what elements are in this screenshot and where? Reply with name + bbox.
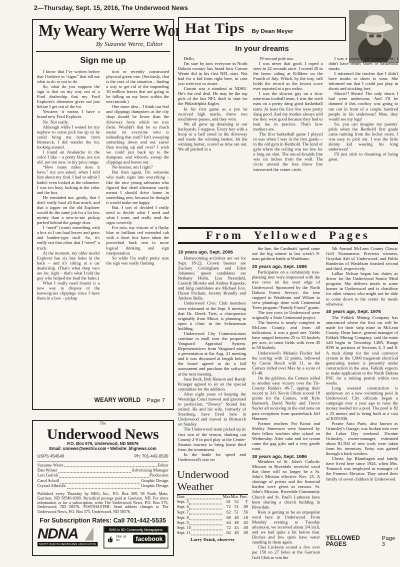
newspaper-page: 2—Thursday, Sept. 15, 2016, The Underwoo… xyxy=(0,0,400,567)
body-paragraph: The tree rows in Underwood were original… xyxy=(252,311,320,321)
jump-line: WEARY WORLD Page 7 xyxy=(94,398,165,404)
dot-leader xyxy=(66,484,140,488)
body-paragraph: After eight years of keeping the Westrid… xyxy=(178,392,246,427)
newspaper-name: Underwood News xyxy=(37,426,168,441)
usps-phone-row: USPS 454540 Ph: 701-442-0530 xyxy=(37,454,168,458)
body-paragraph: He reminded me, gently, that I don't rea… xyxy=(37,196,100,226)
logo-row: NDNA NORTH DAKOTA NEWSPAPER ASSOCIATION … xyxy=(37,526,168,548)
body-paragraph: The Falkirk Mining Company has announced… xyxy=(326,316,398,387)
body-paragraph: Participants on a community tree-plantin… xyxy=(252,270,320,310)
body-paragraph: So while I'm really pretty sure the sign… xyxy=(106,256,169,266)
body-paragraph: In the battle for speed and Underwood's … xyxy=(178,453,246,463)
staff-role: Graphic Design xyxy=(141,484,168,489)
staff-name: Crystal Albrecht xyxy=(37,484,65,489)
ndna-logo: NDNA NORTH DAKOTA NEWSPAPER ASSOCIATION xyxy=(37,526,97,548)
body-paragraph: Former teachers Pat Kranz and Shirley Si… xyxy=(252,422,320,452)
yellowed-pages-banner: From Yellowed Pages xyxy=(178,227,398,244)
dot-leader xyxy=(60,479,141,483)
body-paragraph: On the gridiron, the Comets rolled to an… xyxy=(252,376,320,421)
weather-max: 62 xyxy=(223,531,231,536)
jump-label: WEARY WORLD xyxy=(94,398,140,404)
usps-number: USPS 454540 xyxy=(37,454,64,458)
weather-min: 48 xyxy=(231,531,239,536)
decade-subhead: 10 years ago, Sept. 2006 xyxy=(178,250,246,255)
article-headline: Sign me up xyxy=(33,55,173,65)
weather-table: Date Max. Min. Prec. Sept. 56152TSept. 6… xyxy=(177,495,248,563)
article-column-3: I was a cowboy. Or wanted to be. I didn'… xyxy=(329,57,398,173)
body-paragraph: I “need” (want) something with a box so … xyxy=(37,226,100,251)
body-paragraph: I was the slowest guy on a slow nine-man… xyxy=(253,92,323,132)
subscription-line: For Subscription Rates: Call 701-442-553… xyxy=(37,517,168,524)
staff-list: Suzanne WerreEditorDan WinterAdvertising… xyxy=(37,461,168,490)
phone-number: Ph: 701-442-0530 xyxy=(134,454,168,458)
article-column-2: tion or recently constructed physical gr… xyxy=(106,70,169,302)
facebook-wordmark: facebook xyxy=(133,535,166,544)
body-paragraph: For now, my visions of a flashy blue or … xyxy=(106,226,169,256)
body-paragraph: 5th Annual McLean County Classic Golf To… xyxy=(326,247,398,272)
body-paragraph: Members of St. John's Catholic Mission i… xyxy=(252,460,320,510)
body-paragraph: In his first game as a pro he received h… xyxy=(178,107,248,122)
decade-subhead: 40 years ago, Sept. 1976 xyxy=(326,310,398,315)
newspaper-contact: Email: unnews@westriv.com • Website: bhg… xyxy=(37,447,168,452)
dot-leader xyxy=(185,498,222,499)
dot-leader xyxy=(190,519,223,520)
body-paragraph: I'm sure by now everyone in North Dakota… xyxy=(178,62,248,87)
body-paragraph: Cheria Jay Blumhagen and family have liv… xyxy=(326,457,398,482)
article-column-1: Hello,I'm sure by now everyone in North … xyxy=(178,57,248,173)
thumb-up-icon xyxy=(107,535,113,542)
body-paragraph: Yessiree, it means I have a brand new Fo… xyxy=(37,110,100,120)
dot-leader xyxy=(190,524,223,525)
column-byline: By Suzanne Werre, Editor xyxy=(96,41,163,48)
column-masthead-title: My Weary Werre World xyxy=(39,21,168,41)
decade-subhead: 30 years ago, Sept. 1986 xyxy=(252,454,320,459)
yellowed-column-1: 10 years ago, Sept. 2006Homecoming activ… xyxy=(178,247,246,468)
dot-leader xyxy=(190,504,223,505)
body-paragraph: Although while I waited for my nephew to… xyxy=(37,125,100,150)
man-in-cowboy-hat-photo-icon xyxy=(350,11,398,62)
dot-leader xyxy=(192,530,222,531)
divider-rule xyxy=(36,51,170,52)
jump-line: YELLOWED PAGES Page 3 xyxy=(326,536,398,548)
body-paragraph: At the moment, my older model Explorer h… xyxy=(37,251,100,281)
body-paragraph: So, what do you suppose the sign is that… xyxy=(37,85,100,110)
jump-page: Page 7 xyxy=(147,398,165,404)
decade-subhead: 20 years ago, Sept. 1996 xyxy=(252,264,320,269)
body-paragraph: I was a cowboy. Or wanted to be. I didn'… xyxy=(329,57,398,72)
publication-fine-print: Published every Thursday by BHG, Inc., P… xyxy=(37,492,168,515)
weather-observer: Larry Dziuk, observer xyxy=(177,538,248,543)
ndna-burst-icon xyxy=(85,527,94,541)
weather-box: Underwood Weather Date Max. Min. Prec. S… xyxy=(177,470,248,555)
weather-title-line1: Underwood xyxy=(177,470,248,482)
article-headline: In your dreams xyxy=(178,44,346,53)
body-paragraph: the line, the Cardinals' speed came out … xyxy=(252,247,320,262)
jump-page: Page 3 xyxy=(382,536,398,548)
column-byline: By Dean Meyer xyxy=(252,29,294,35)
weather-title: Underwood Weather xyxy=(177,470,248,495)
body-paragraph: Chet Lockrem scored a five over par 150 … xyxy=(252,546,320,560)
body-paragraph: But, I sort of decided I really need to … xyxy=(106,206,169,226)
body-paragraph: The Underwood team picked up its first w… xyxy=(178,427,246,452)
body-paragraph: So, you can imagine my parents' pride wh… xyxy=(329,123,398,153)
weather-prec: .00 xyxy=(239,531,248,536)
body-paragraph: Underwood Civic Club members were inform… xyxy=(178,301,246,331)
body-paragraph: I found an Avalanche in the color I like… xyxy=(37,151,100,166)
body-paragraph: I was never that good. I roped a steer i… xyxy=(253,62,323,92)
article-column-1: I know that I've written before that I b… xyxy=(37,70,100,302)
body-paragraph: I'll just stick to dreaming of being gre… xyxy=(329,153,398,163)
body-paragraph: Prairie Auto Parts, also known as Grimsl… xyxy=(326,422,398,457)
article-column-2: 19-second pole run.I was never that good… xyxy=(253,57,323,173)
body-paragraph: I know that I've written before that I b… xyxy=(37,70,100,85)
dot-leader xyxy=(190,514,223,515)
weary-werre-world-column: My Weary Werre World By Suzanne Werre, E… xyxy=(32,19,174,410)
staff-row: Crystal AlbrechtGraphic Design xyxy=(37,484,168,489)
body-paragraph: I informed the teacher that I didn't hav… xyxy=(329,72,398,92)
ndna-tagline: NORTH DAKOTA NEWSPAPER ASSOCIATION xyxy=(37,542,97,546)
body-paragraph: Rain is getting to be an unpopular word … xyxy=(252,511,320,546)
body-paragraph: The harvest is nearly complete in McLean… xyxy=(252,321,320,351)
body-paragraph: One more idea – I think our leaf and cli… xyxy=(106,105,169,165)
article-body: Hello,I'm sure by now everyone in North … xyxy=(178,57,398,224)
masthead-box: The Underwood News P.O. Box 575, Underwo… xyxy=(32,420,174,556)
dot-leader xyxy=(190,509,223,510)
dot-leader xyxy=(191,535,222,536)
dot-leader xyxy=(58,468,131,472)
body-paragraph: LaRae Nelson began her duties as driver … xyxy=(326,272,398,307)
facebook-badge: BHG is ND Community Newspapers Like us o… xyxy=(104,526,169,548)
dot-leader xyxy=(64,463,157,467)
yellowed-column-3: 5th Annual McLean County Classic Golf To… xyxy=(326,247,398,530)
body-paragraph: Jane Beck, Bob Hanson and Randy Krueger … xyxy=(178,377,246,392)
weather-row: Sept. 116248.00 xyxy=(177,531,248,536)
body-paragraph: Homecoming activities are set for Sept. … xyxy=(178,256,246,301)
body-paragraph: tion or recently constructed physical gr… xyxy=(106,70,169,105)
body-paragraph: Shorts?! Shorts! The only shorts I had w… xyxy=(329,92,398,122)
body-paragraph: Underwood City Commissioners continue to… xyxy=(178,332,246,377)
jump-label: YELLOWED PAGES xyxy=(326,536,376,548)
weather-date: Sept. 11 xyxy=(177,531,191,536)
body-paragraph: The first basketball game I played in wa… xyxy=(253,133,323,173)
section-title: From Yellowed Pages xyxy=(206,230,370,242)
body-paragraph: Carson was a standout at NDSU. He's the … xyxy=(178,87,248,107)
body-paragraph: But then again, I'm someone who reads si… xyxy=(106,171,169,206)
body-paragraph: Long awaited construction is underway on… xyxy=(326,386,398,421)
column-masthead-title: Hat Tips xyxy=(185,21,245,38)
folio-line: 2—Thursday, Sept. 15, 2016, The Underwoo… xyxy=(34,5,188,12)
hat-tips-title-box: Hat Tips By Dean Meyer xyxy=(178,17,346,41)
weather-rows: Sept. 56152TSept. 67251.00Sept. 76251.56… xyxy=(177,500,248,536)
body-paragraph: “How many miles does it have,” my son as… xyxy=(37,166,100,196)
dot-leader xyxy=(59,474,149,478)
body-paragraph: Underwood's Melanie Fischer led the scor… xyxy=(252,351,320,376)
body-paragraph: We all grew up dreaming in our backyards… xyxy=(178,123,248,153)
columnist-photo xyxy=(350,11,398,62)
weather-title-line2: Weather xyxy=(177,482,248,494)
yellowed-column-2: the line, the Cardinals' speed came out … xyxy=(252,247,320,560)
article-body: I know that I've written before that I b… xyxy=(37,70,169,388)
body-paragraph: What I really need (want) is a new way t… xyxy=(37,282,100,302)
like-us-label: Like us on xyxy=(116,536,131,543)
